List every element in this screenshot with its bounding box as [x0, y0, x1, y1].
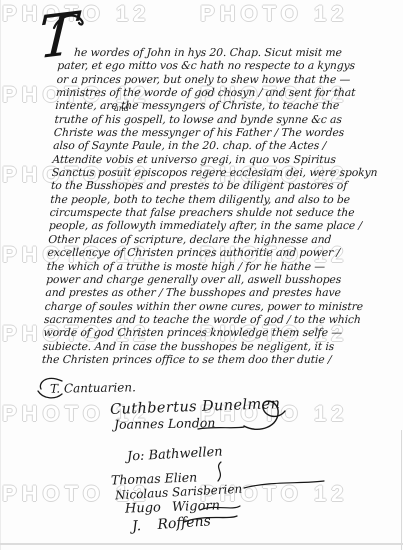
manuscript-page: T he wordes of John in hys 20. Chap. Sic…: [0, 0, 403, 550]
manuscript-line: truthe of his gospell, to lowse and bynd…: [54, 113, 385, 126]
manuscript-line: worde of god Christen princes knowledge …: [43, 326, 374, 339]
signature-flourish: [242, 479, 327, 491]
manuscript-line: intente, are the messyngers of Christe, …: [55, 99, 386, 112]
manuscript-line: or a princes power, but onely to shew ho…: [56, 73, 387, 86]
manuscript-line: also of Saynte Paule, in the 20. chap. o…: [53, 139, 384, 152]
manuscript-line: the Christen princes office to se them d…: [42, 353, 373, 366]
photo-edge-bottom: [0, 543, 403, 545]
manuscript-line: to the Busshopes and prestes to be dilig…: [51, 179, 382, 192]
signature-flourish: [196, 424, 246, 432]
manuscript-line: he wordes of John in hys 20. Chap. Sicut…: [58, 46, 389, 59]
subscription-paraph-flourish: [36, 376, 64, 402]
manuscript-line: ministres of the worde of god chosyn / a…: [56, 86, 387, 99]
manuscript-line: and prestes as other / The busshopes and…: [45, 286, 376, 299]
manuscript-line: Sanctus posuit episcopos regere ecclesia…: [51, 166, 382, 179]
signature-flourish: [212, 460, 228, 484]
signature-flourish: [240, 396, 288, 436]
manuscript-line: Attendite vobis et universo gregi, in qu…: [52, 153, 383, 166]
manuscript-line: charge of soules within ther owne cures,…: [44, 300, 375, 313]
manuscript-line: pater, et ego mitto vos &c hath no respe…: [57, 59, 388, 72]
manuscript-line: power and charge generally over all, asw…: [46, 273, 377, 286]
manuscript-line: excellencye of Christen princes authorit…: [47, 246, 378, 259]
manuscript-line: Other places of scripture, declare the h…: [48, 233, 379, 246]
manuscript-text-block: he wordes of John in hys 20. Chap. Sicut…: [42, 46, 389, 366]
manuscript-line: Christe was the messynger of his Father …: [53, 126, 384, 139]
interlinear-insertion: and: [114, 104, 129, 113]
manuscript-line: the people, both to teche them diligentl…: [50, 193, 381, 206]
manuscript-line: people, as followyth immediately after, …: [49, 219, 380, 232]
manuscript-line: subiecte. And in case the busshopes be n…: [42, 340, 373, 353]
drop-cap-swash-flourish: [52, 10, 86, 32]
manuscript-line: sacramentes and to teache the worde of g…: [44, 313, 375, 326]
signature-bathwellen: Jo: Bathwellen: [127, 445, 223, 465]
photo-edge-left: [0, 0, 1, 550]
manuscript-photo: PHOTO 12 PHOTO 12 PHOTO 12 PHOTO 12 PHOT…: [0, 0, 403, 550]
photo-edge-right: [401, 430, 402, 550]
manuscript-line: the which of a truthe is moste high / fo…: [47, 260, 378, 273]
manuscript-line: circumspecte that false preachers shulde…: [49, 206, 380, 219]
signature-flourish: [182, 513, 240, 525]
